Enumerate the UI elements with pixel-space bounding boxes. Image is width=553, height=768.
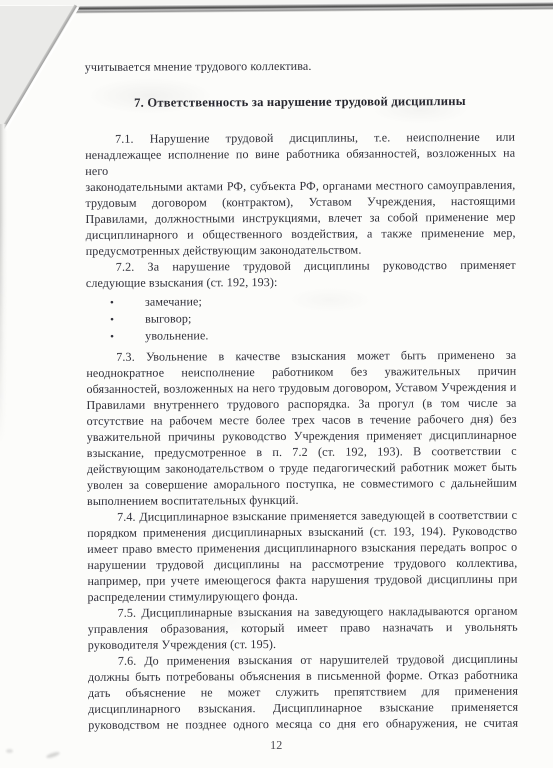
bullet-icon: • — [110, 329, 145, 345]
text-line: 7.2. За нарушение трудовой дисциплины ру… — [86, 257, 516, 275]
scan-smudge — [6, 749, 13, 753]
section-title: 7. Ответственность за нарушение трудовой… — [85, 93, 515, 111]
paragraph: 7.3. Увольнение в качестве взыскания мож… — [86, 347, 517, 509]
page-left-edge-shade — [0, 124, 7, 444]
page-number: 12 — [61, 736, 491, 754]
text-line: например, при учете имеющегося факта нар… — [87, 571, 517, 589]
bullet-icon: • — [110, 312, 145, 328]
opening-line: учитывается мнение трудового коллектива. — [85, 57, 515, 75]
paragraph: 7.1. Нарушение трудовой дисциплины, т.е.… — [85, 129, 516, 259]
paper-sheet: учитывается мнение трудового коллектива.… — [0, 0, 553, 768]
text-line: ненадлежащее исполнение по вине работник… — [85, 145, 515, 179]
bullet-text: увольнение. — [145, 328, 208, 342]
paragraph: 7.2. За нарушение трудовой дисциплины ру… — [86, 257, 516, 291]
bullet-text: выговор; — [145, 311, 192, 325]
text-line: дисциплинарного и общественного воздейст… — [86, 225, 516, 243]
text-line: уволен за совершение аморального поступк… — [87, 475, 517, 493]
bullet-text: замечание; — [145, 294, 202, 308]
text-line: руководством не позднее одного месяца со… — [88, 715, 518, 733]
text-line: управления образования, который имеет пр… — [88, 619, 518, 637]
document-body: 7.1. Нарушение трудовой дисциплины, т.е.… — [85, 129, 518, 733]
bullet-list: •замечание;•выговор;•увольнение. — [86, 292, 516, 345]
paragraph: 7.4. Дисциплинарное взыскание применяетс… — [87, 507, 517, 605]
scanned-page: учитывается мнение трудового коллектива.… — [0, 0, 553, 768]
document-text-column: учитывается мнение трудового коллектива.… — [85, 57, 519, 754]
bullet-item: •увольнение. — [86, 326, 516, 345]
bullet-icon: • — [110, 295, 145, 311]
text-line: следующие взыскания (ст. 192, 193): — [86, 273, 516, 291]
paragraph: 7.6. До применения взыскания от нарушите… — [88, 651, 518, 733]
paragraph: 7.5. Дисциплинарные взыскания на заведую… — [88, 603, 518, 653]
